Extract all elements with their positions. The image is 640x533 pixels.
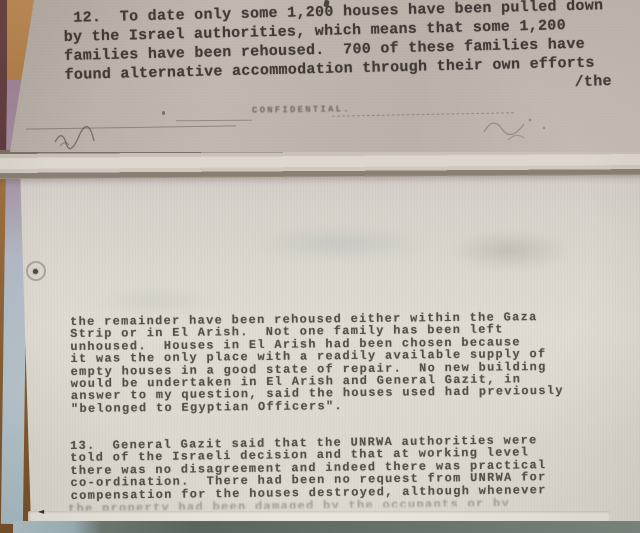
pencil-scribble-icon [52,126,98,150]
scroll-left-arrow-icon[interactable]: ◄ [38,507,44,516]
document-page-1: 12. To date only some 1,200 houses have … [0,0,640,152]
pencil-scribble-icon [478,108,558,146]
paragraph-12-continuation: the remainder have been rehoused either … [70,311,564,415]
confidential-stamp: CONFIDENTIAL. [252,104,351,115]
paragraph-13: 13. General Gazit said that the UNRWA au… [70,434,547,502]
smudge-mark [95,288,215,314]
hole-punch-dot [33,269,38,274]
paragraph-12: 12. To date only some 1,200 houses have … [63,0,613,85]
smudge-mark [250,226,430,260]
document-page-2: the remainder have been rehoused either … [0,168,640,525]
smudge-mark [450,230,570,270]
photographed-document-screen: the remainder have been rehoused either … [0,0,640,533]
pencil-dot [162,111,165,115]
screen-bezel-bottom [13,521,640,533]
